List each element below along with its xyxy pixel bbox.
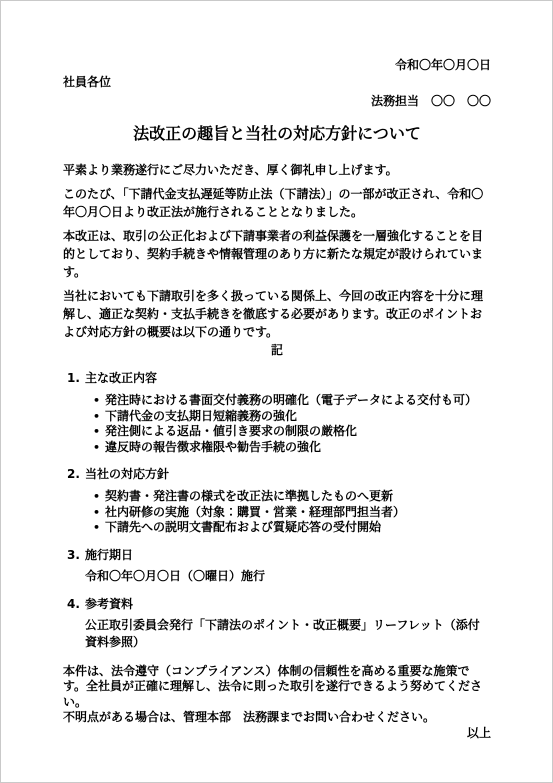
- end-marker: 以上: [63, 726, 491, 742]
- section-number: 1.: [67, 371, 85, 386]
- bullet-item: 発注時における書面交付義務の明確化（電子データによる交付も可）: [93, 393, 491, 409]
- bullet-item: 下請代金の支払期日短縮義務の強化: [93, 409, 491, 425]
- bullet-item: 契約書・発注書の様式を改正法に準拠したものへ更新: [93, 489, 491, 505]
- ki-marker: 記: [63, 341, 491, 359]
- section-number: 2.: [67, 467, 85, 482]
- section-heading: 主な改正内容: [85, 371, 491, 386]
- document-page: 令和〇年〇月〇日 社員各位 法務担当 〇〇 〇〇 法改正の趣旨と当社の対応方針に…: [0, 0, 553, 783]
- paragraph-greeting: 平素より業務遂行にご尽力いただき、厚く御礼申し上げます。: [63, 161, 491, 179]
- section-heading: 当社の対応方針: [85, 467, 491, 482]
- paragraph-law-revision: このたび、「下請代金支払遅延等防止法（下請法）」の一部が改正され、令和〇年〇月〇…: [63, 185, 491, 221]
- section-head: 4. 参考資料: [63, 597, 491, 612]
- closing-contact: 不明点がある場合は、管理本部 法務課までお問い合わせください。: [63, 710, 491, 726]
- document-date: 令和〇年〇月〇日: [63, 58, 491, 73]
- section-number: 4.: [67, 597, 85, 612]
- section-head: 2. 当社の対応方針: [63, 467, 491, 482]
- bullet-list: 契約書・発注書の様式を改正法に準拠したものへ更新 社内研修の実施（対象：購買・営…: [63, 489, 491, 536]
- section-head: 1. 主な改正内容: [63, 371, 491, 386]
- document-recipient: 社員各位: [63, 75, 491, 90]
- paragraph-purpose: 本改正は、取引の公正化および下請事業者の利益保護を一層強化することを目的としてお…: [63, 227, 491, 281]
- section-body: 公正取引委員会発行「下請法のポイント・改正概要」リーフレット（添付資料参照）: [85, 617, 491, 651]
- document-title: 法改正の趣旨と当社の対応方針について: [63, 124, 491, 144]
- bullet-list: 発注時における書面交付義務の明確化（電子データによる交付も可） 下請代金の支払期…: [63, 393, 491, 455]
- section-heading: 施行期日: [85, 548, 491, 563]
- paragraph-company-need: 当社においても下請取引を多く扱っている関係上、今回の改正内容を十分に理解し、適正…: [63, 287, 491, 341]
- section-revision-contents: 1. 主な改正内容 発注時における書面交付義務の明確化（電子データによる交付も可…: [63, 371, 491, 455]
- closing-block: 本件は、法令遵守（コンプライアンス）体制の信頼性を高める重要な施策です。全社員が…: [63, 664, 491, 726]
- bullet-item: 下請先への説明文書配布および質疑応答の受付開始: [93, 520, 491, 536]
- section-heading: 参考資料: [85, 597, 491, 612]
- section-head: 3. 施行期日: [63, 548, 491, 563]
- bullet-item: 発注側による返品・値引き要求の制限の厳格化: [93, 424, 491, 440]
- section-number: 3.: [67, 548, 85, 563]
- section-body: 令和〇年〇月〇日（〇曜日）施行: [85, 568, 491, 585]
- section-company-policy: 2. 当社の対応方針 契約書・発注書の様式を改正法に準拠したものへ更新 社内研修…: [63, 467, 491, 536]
- bullet-item: 社内研修の実施（対象：購買・営業・経理部門担当者）: [93, 505, 491, 521]
- section-reference-materials: 4. 参考資料 公正取引委員会発行「下請法のポイント・改正概要」リーフレット（添…: [63, 597, 491, 651]
- closing-compliance: 本件は、法令遵守（コンプライアンス）体制の信頼性を高める重要な施策です。全社員が…: [63, 664, 491, 711]
- document-sender: 法務担当 〇〇 〇〇: [63, 94, 491, 109]
- section-enforcement-date: 3. 施行期日 令和〇年〇月〇日（〇曜日）施行: [63, 548, 491, 585]
- bullet-item: 違反時の報告徴求権限や勧告手続の強化: [93, 440, 491, 456]
